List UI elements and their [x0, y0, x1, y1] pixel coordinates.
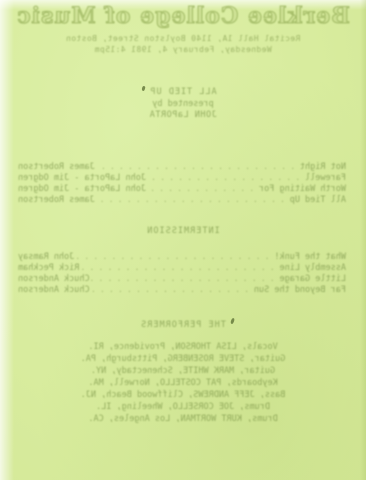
concert-title: ALL TIED UP: [0, 87, 366, 97]
date-line: Wednesday, February 4, 1981 4:15pm: [0, 45, 366, 54]
program-row-composer: John Ramsay: [18, 252, 74, 262]
program-page-back: { "page": { "paper_color": "#d8ec9e", "i…: [0, 0, 366, 480]
program-row-composer: Chuck Anderson: [18, 274, 90, 284]
venue-line: Recital Hall 1A, 1140 Boylston Street, B…: [0, 34, 366, 43]
program-row: Worth Waiting For ......................…: [18, 184, 346, 195]
presented-by-label: presented by: [0, 99, 366, 109]
performers-heading: THE PERFORMERS: [0, 320, 366, 330]
program-row: Far Beyond the Sun .....................…: [18, 285, 346, 296]
leader-dots: ........................................…: [146, 173, 305, 182]
program-row: What the Funk! .........................…: [18, 252, 346, 263]
performer-line: Drums, KURT WORTMAN, Los Angeles, CA.: [0, 413, 366, 425]
leader-dots: ........................................…: [74, 252, 274, 261]
program-row-composer: James Robertson: [18, 162, 95, 172]
program-row-title: What the Funk!: [274, 252, 346, 262]
performer-line: Bass, JEFF ANDREWS, Cliffwood Beach, NJ.: [0, 389, 366, 401]
program-row-composer: John LaPorta - Jim Odgren: [18, 184, 146, 194]
leader-dots: ........................................…: [90, 285, 254, 294]
performer-line: Vocals, LISA THORSON, Providence, RI.: [0, 341, 366, 353]
program-row: All Tied Up ............................…: [18, 195, 346, 206]
program-row-composer: James Robertson: [18, 195, 95, 205]
program-row: Farewell ...............................…: [18, 173, 346, 184]
leader-dots: ........................................…: [146, 184, 259, 193]
program-set-two: What the Funk! .........................…: [18, 252, 346, 296]
program-row-title: Little Garage: [279, 274, 346, 284]
program-row-title: Farewell: [305, 173, 346, 183]
performers-list: Vocals, LISA THORSON, Providence, RI. Gu…: [0, 341, 366, 425]
program-row-composer: Rick Peckham: [18, 263, 79, 273]
program-row-title: Worth Waiting For: [259, 184, 346, 194]
presenter-name: JOHN LaPORTA: [0, 110, 366, 120]
program-row: Little Garage ..........................…: [18, 274, 346, 285]
performer-line: Guitar, STEVE ROSENBERG, Pittsburgh, PA.: [0, 353, 366, 365]
program-set-one: Not Right ..............................…: [18, 162, 346, 206]
intermission-label: INTERMISSION: [0, 226, 366, 236]
bleed-through-layer: Berklee College of Music Recital Hall 1A…: [0, 0, 366, 480]
program-row-title: All Tied Up: [290, 195, 346, 205]
program-row-title: Assembly Line: [279, 263, 346, 273]
leader-dots: ........................................…: [79, 263, 279, 272]
school-name: Berklee College of Music: [0, 3, 366, 29]
performer-line: Guitar, MARK WHITE, Schenectady, NY.: [0, 365, 366, 377]
leader-dots: ........................................…: [95, 162, 300, 171]
program-row: Not Right ..............................…: [18, 162, 346, 173]
program-row-composer: John LaPorta - Jim Odgren: [18, 173, 146, 183]
leader-dots: ........................................…: [95, 195, 290, 204]
program-row-title: Not Right: [300, 162, 346, 172]
performer-line: Keyboards, PAT COSTELLO, Norwell, MA.: [0, 377, 366, 389]
performer-line: Drums, JOE CORSELLO, Wheeling, IL.: [0, 401, 366, 413]
program-row: Assembly Line ..........................…: [18, 263, 346, 274]
leader-dots: ........................................…: [90, 274, 280, 283]
program-row-title: Far Beyond the Sun: [254, 285, 346, 295]
program-row-composer: Chuck Anderson: [18, 285, 90, 295]
